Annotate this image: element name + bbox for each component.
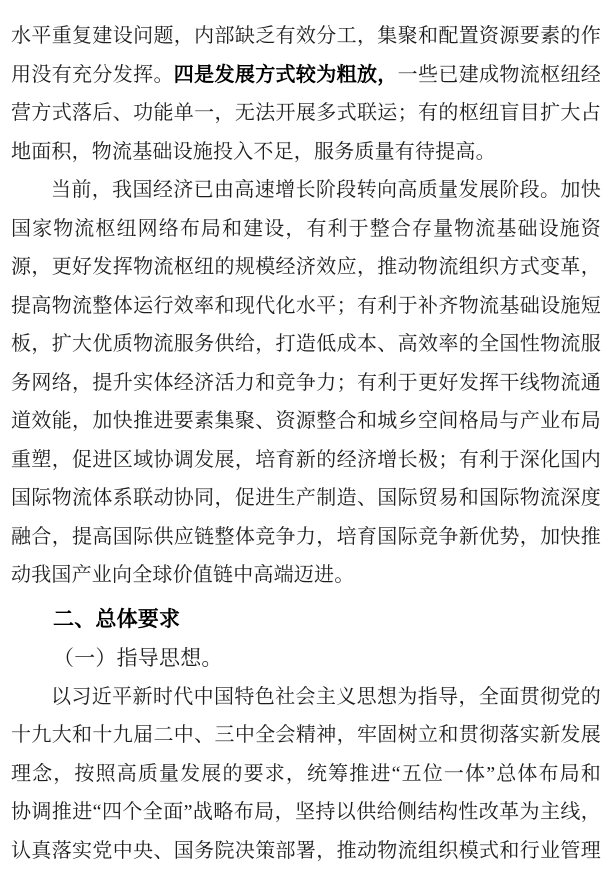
text-run: 以习近平新时代中国特色社会主义思想为指导，全面贯彻党的 — [51, 686, 601, 708]
text-run: 理念，按照高质量发展的要求，统筹推进“五位一体”总体布局和 — [11, 763, 601, 785]
text-line: 动我国产业向全球价值链中高端迈进。 — [11, 556, 601, 595]
text-line: 板，扩大优质物流服务供给，打造低成本、高效率的全国性物流服 — [11, 325, 601, 364]
text-run: 提高物流整体运行效率和现代化水平；有利于补齐物流基础设施短 — [11, 295, 601, 317]
text-run: 当前，我国经济已由高速增长阶段转向高质量发展阶段。加快 — [51, 179, 601, 201]
text-line: 当前，我国经济已由高速增长阶段转向高质量发展阶段。加快 — [11, 171, 601, 210]
section-heading: 二、总体要求 — [11, 601, 601, 640]
document-body: 水平重复建设问题，内部缺乏有效分工，集聚和配置资源要素的作用没有充分发挥。四是发… — [0, 0, 611, 870]
text-line: 水平重复建设问题，内部缺乏有效分工，集聚和配置资源要素的作 — [11, 17, 601, 56]
text-line: 协调推进“四个全面”战略布局，坚持以供给侧结构性改革为主线， — [11, 793, 601, 832]
text-line: 地面积，物流基础设施投入不足，服务质量有待提高。 — [11, 133, 601, 172]
text-run: （一）指导思想。 — [53, 646, 223, 670]
sub-heading: （一）指导思想。 — [11, 639, 601, 678]
text-run: 道效能，加快推进要素集聚、资源整合和城乡空间格局与产业布局 — [11, 410, 601, 432]
text-line: 源，更好发挥物流枢纽的规模经济效应，推动物流组织方式变革， — [11, 248, 601, 287]
bold-text-run: 四是发展方式较为粗放， — [174, 64, 398, 86]
text-line: 理念，按照高质量发展的要求，统筹推进“五位一体”总体布局和 — [11, 755, 601, 794]
text-run: 融合，提高国际供应链整体竞争力，培育国际竞争新优势，加快推 — [11, 526, 601, 548]
text-line: 重塑，促进区域协调发展，培育新的经济增长极；有利于深化国内 — [11, 441, 601, 480]
text-line: 道效能，加快推进要素集聚、资源整合和城乡空间格局与产业布局 — [11, 402, 601, 441]
text-line: 融合，提高国际供应链整体竞争力，培育国际竞争新优势，加快推 — [11, 518, 601, 557]
text-run: 二、总体要求 — [53, 608, 180, 631]
text-line: 国家物流枢纽网络布局和建设，有利于整合存量物流基础设施资 — [11, 210, 601, 249]
text-run: 用没有充分发挥。 — [11, 64, 174, 86]
document-page: 水平重复建设问题，内部缺乏有效分工，集聚和配置资源要素的作用没有充分发挥。四是发… — [0, 0, 611, 880]
text-run: 源，更好发挥物流枢纽的规模经济效应，推动物流组织方式变革， — [11, 256, 601, 278]
text-run: 务网络，提升实体经济活力和竞争力；有利于更好发挥干线物流通 — [11, 372, 601, 394]
text-line: 提高物流整体运行效率和现代化水平；有利于补齐物流基础设施短 — [11, 287, 601, 326]
text-line: 营方式落后、功能单一，无法开展多式联运；有的枢纽盲目扩大占 — [11, 94, 601, 133]
text-line: 务网络，提升实体经济活力和竞争力；有利于更好发挥干线物流通 — [11, 364, 601, 403]
text-run: 一些已建成物流枢纽经 — [398, 64, 601, 86]
text-line: 国际物流体系联动协同，促进生产制造、国际贸易和国际物流深度 — [11, 479, 601, 518]
text-run: 地面积，物流基础设施投入不足，服务质量有待提高。 — [11, 141, 496, 163]
text-run: 认真落实党中央、国务院决策部署，推动物流组织模式和行业管理 — [11, 840, 601, 862]
text-run: 重塑，促进区域协调发展，培育新的经济增长极；有利于深化国内 — [11, 449, 601, 471]
text-line: 认真落实党中央、国务院决策部署，推动物流组织模式和行业管理 — [11, 832, 601, 871]
text-run: 板，扩大优质物流服务供给，打造低成本、高效率的全国性物流服 — [11, 333, 601, 355]
text-line: 十九大和十九届二中、三中全会精神，牢固树立和贯彻落实新发展 — [11, 716, 601, 755]
text-run: 十九大和十九届二中、三中全会精神，牢固树立和贯彻落实新发展 — [11, 724, 601, 746]
text-run: 协调推进“四个全面”战略布局，坚持以供给侧结构性改革为主线， — [11, 801, 601, 823]
text-run: 水平重复建设问题，内部缺乏有效分工，集聚和配置资源要素的作 — [11, 25, 601, 47]
text-line: 用没有充分发挥。四是发展方式较为粗放，一些已建成物流枢纽经 — [11, 56, 601, 95]
text-line: 以习近平新时代中国特色社会主义思想为指导，全面贯彻党的 — [11, 678, 601, 717]
text-run: 国际物流体系联动协同，促进生产制造、国际贸易和国际物流深度 — [11, 487, 601, 509]
text-run: 国家物流枢纽网络布局和建设，有利于整合存量物流基础设施资 — [11, 218, 601, 240]
text-run: 动我国产业向全球价值链中高端迈进。 — [11, 564, 354, 586]
text-run: 营方式落后、功能单一，无法开展多式联运；有的枢纽盲目扩大占 — [11, 102, 601, 124]
